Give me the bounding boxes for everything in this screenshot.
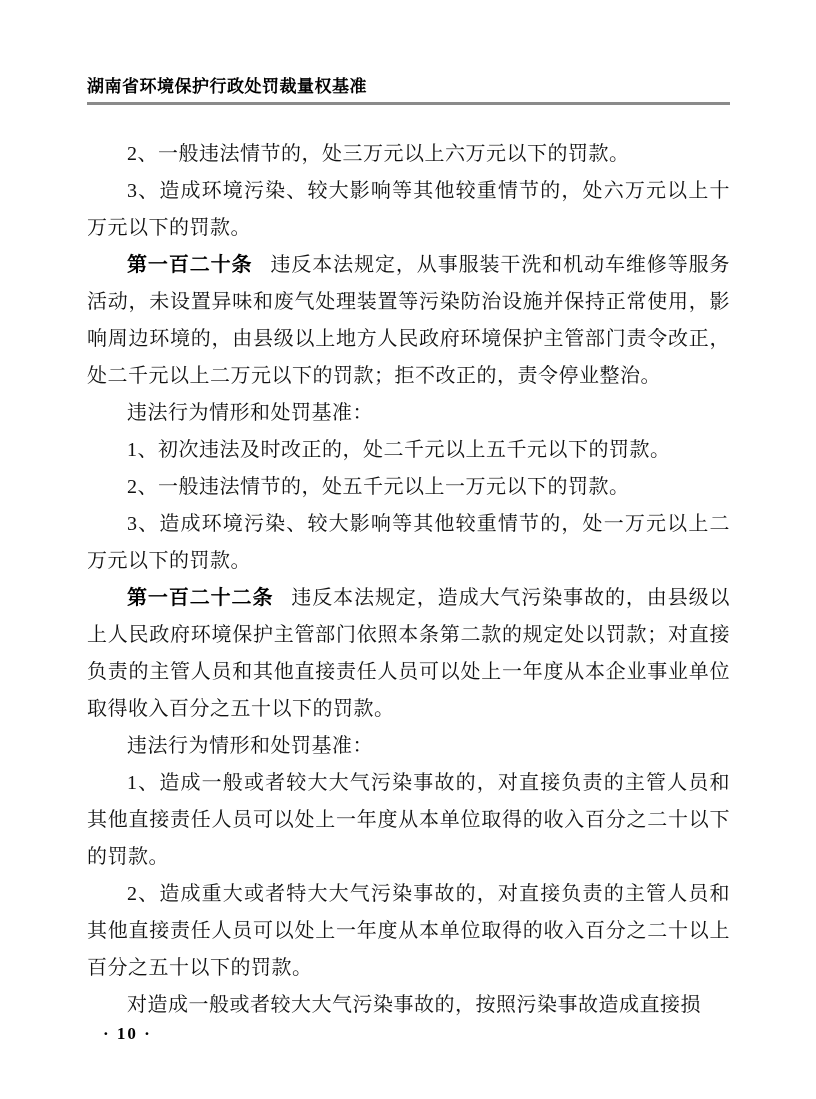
document-body: 2、一般违法情节的，处三万元以上六万元以下的罚款。 3、造成环境污染、较大影响等…: [87, 136, 730, 1024]
paragraph: 2、造成重大或者特大大气污染事故的，对直接负责的主管人员和其他直接责任人员可以处…: [87, 876, 730, 987]
paragraph-text: 3、造成环境污染、较大影响等其他较重情节的，处六万元以上十万元以下的罚款。: [87, 180, 730, 239]
article-number: 第一百二十条: [127, 254, 252, 276]
paragraph-text: 2、一般违法情节的，处三万元以上六万元以下的罚款。: [127, 143, 630, 165]
paragraph: 对造成一般或者较大大气污染事故的，按照污染事故造成直接损: [87, 987, 730, 1024]
page-header-title: 湖南省环境保护行政处罚裁量权基准: [87, 72, 730, 97]
paragraph-text: 1、造成一般或者较大大气污染事故的，对直接负责的主管人员和其他直接责任人员可以处…: [87, 772, 730, 868]
paragraph-text: 2、造成重大或者特大大气污染事故的，对直接负责的主管人员和其他直接责任人员可以处…: [87, 883, 730, 979]
paragraph-text: 2、一般违法情节的，处五千元以上一万元以下的罚款。: [127, 476, 630, 498]
paragraph: 1、造成一般或者较大大气污染事故的，对直接负责的主管人员和其他直接责任人员可以处…: [87, 765, 730, 876]
paragraph: 3、造成环境污染、较大影响等其他较重情节的，处一万元以上二万元以下的罚款。: [87, 506, 730, 580]
page-number: · 10 ·: [103, 1024, 152, 1044]
paragraph-text: 3、造成环境污染、较大影响等其他较重情节的，处一万元以上二万元以下的罚款。: [87, 513, 730, 572]
article-number: 第一百二十二条: [127, 587, 273, 609]
paragraph: 第一百二十条违反本法规定，从事服装干洗和机动车维修等服务活动，未设置异味和废气处…: [87, 247, 730, 395]
paragraph: 2、一般违法情节的，处五千元以上一万元以下的罚款。: [87, 469, 730, 506]
paragraph-text: 违法行为情形和处罚基准：: [127, 735, 373, 757]
paragraph: 第一百二十二条违反本法规定，造成大气污染事故的，由县级以上人民政府环境保护主管部…: [87, 580, 730, 728]
paragraph-text: 1、初次违法及时改正的，处二千元以上五千元以下的罚款。: [127, 439, 671, 461]
running-header: 湖南省环境保护行政处罚裁量权基准: [87, 72, 730, 97]
paragraph: 2、一般违法情节的，处三万元以上六万元以下的罚款。: [87, 136, 730, 173]
paragraph-text: 对造成一般或者较大大气污染事故的，按照污染事故造成直接损: [127, 994, 701, 1016]
paragraph: 3、造成环境污染、较大影响等其他较重情节的，处六万元以上十万元以下的罚款。: [87, 173, 730, 247]
paragraph-text: 违法行为情形和处罚基准：: [127, 402, 373, 424]
document-page: 湖南省环境保护行政处罚裁量权基准 2、一般违法情节的，处三万元以上六万元以下的罚…: [0, 0, 816, 1099]
paragraph: 1、初次违法及时改正的，处二千元以上五千元以下的罚款。: [87, 432, 730, 469]
header-divider: [87, 102, 730, 105]
paragraph: 违法行为情形和处罚基准：: [87, 728, 730, 765]
paragraph: 违法行为情形和处罚基准：: [87, 395, 730, 432]
